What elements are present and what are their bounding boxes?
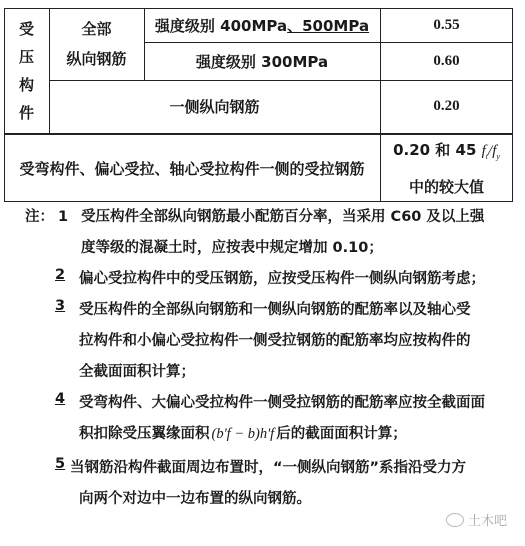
note-4-line: 受弯构件、大偏心受拉构件一侧受拉钢筋的配筋率应按全截面面 bbox=[79, 391, 485, 412]
note-5-number: 5 bbox=[55, 456, 65, 472]
group-char: 受 bbox=[19, 15, 34, 43]
watermark: 土木吧 bbox=[446, 510, 507, 529]
sub-group-line: 纵向钢筋 bbox=[66, 44, 126, 74]
notes-prefix: 注：1 bbox=[25, 205, 68, 226]
group-char: 件 bbox=[19, 99, 34, 127]
note-2-line: 偏心受拉构件中的受压钢筋，应按受压构件一侧纵向钢筋考虑； bbox=[79, 267, 485, 288]
group-char: 构 bbox=[19, 71, 34, 99]
group-label: 受 压 构 件 bbox=[4, 8, 49, 133]
reinforcement-ratio-table: 受 压 构 件 全部 纵向钢筋 强度级别 400MPa、500MPa 0.55 … bbox=[4, 8, 513, 202]
row-3-condition: 一侧纵向钢筋 bbox=[49, 80, 380, 133]
note-5-line: 当钢筋沿构件截面周边布置时，“一侧纵向钢筋”系指沿受力方 bbox=[70, 456, 466, 477]
note-4-number: 4 bbox=[55, 391, 65, 407]
row-4-condition: 受弯构件、偏心受拉、轴心受拉构件一侧的受拉钢筋 bbox=[4, 135, 380, 201]
condition-underlined: 、500MPa bbox=[287, 17, 369, 35]
sub-group-label: 全部 纵向钢筋 bbox=[49, 8, 144, 80]
sub-group-line: 全部 bbox=[81, 14, 111, 44]
wechat-icon bbox=[446, 513, 464, 527]
row-4-value: 0.20 和 45 ft/fy 中的较大值 bbox=[380, 135, 513, 201]
watermark-text: 土木吧 bbox=[468, 510, 507, 529]
condition-text: 强度级别 400MPa bbox=[155, 17, 287, 35]
note-3-number: 3 bbox=[55, 298, 65, 314]
note-1-line: 受压构件全部纵向钢筋最小配筋百分率，当采用 C60 及以上强 bbox=[81, 205, 484, 226]
note-3-line: 拉构件和小偏心受拉构件一侧受拉钢筋的配筋率均应按构件的 bbox=[79, 329, 471, 350]
note-2-number: 2 bbox=[55, 267, 65, 283]
note-3-line: 受压构件的全部纵向钢筋和一侧纵向钢筋的配筋率以及轴心受 bbox=[79, 298, 471, 319]
note-4-line: 积扣除受压翼缘面积(b'f − b)h'f后的截面面积计算； bbox=[79, 422, 407, 443]
note-5-line: 向两个对边中一边布置的纵向钢筋。 bbox=[79, 487, 311, 508]
row-1-condition: 强度级别 400MPa、500MPa bbox=[144, 8, 380, 42]
flange-formula: (b'f − b)h'f bbox=[212, 426, 275, 442]
value-prefix: 0.20 和 45 bbox=[393, 141, 476, 159]
note-1-line: 度等级的混凝土时，应按表中规定增加 0.10； bbox=[81, 236, 383, 257]
ratio-formula: ft/fy bbox=[482, 143, 500, 159]
value-line2: 中的较大值 bbox=[409, 172, 484, 202]
row-2-condition: 强度级别 300MPa bbox=[144, 42, 380, 80]
row-3-value: 0.20 bbox=[380, 80, 513, 133]
row-2-value: 0.60 bbox=[380, 42, 513, 80]
group-char: 压 bbox=[19, 43, 34, 71]
row-1-value: 0.55 bbox=[380, 8, 513, 42]
note-3-line: 全截面面积计算； bbox=[79, 360, 195, 381]
